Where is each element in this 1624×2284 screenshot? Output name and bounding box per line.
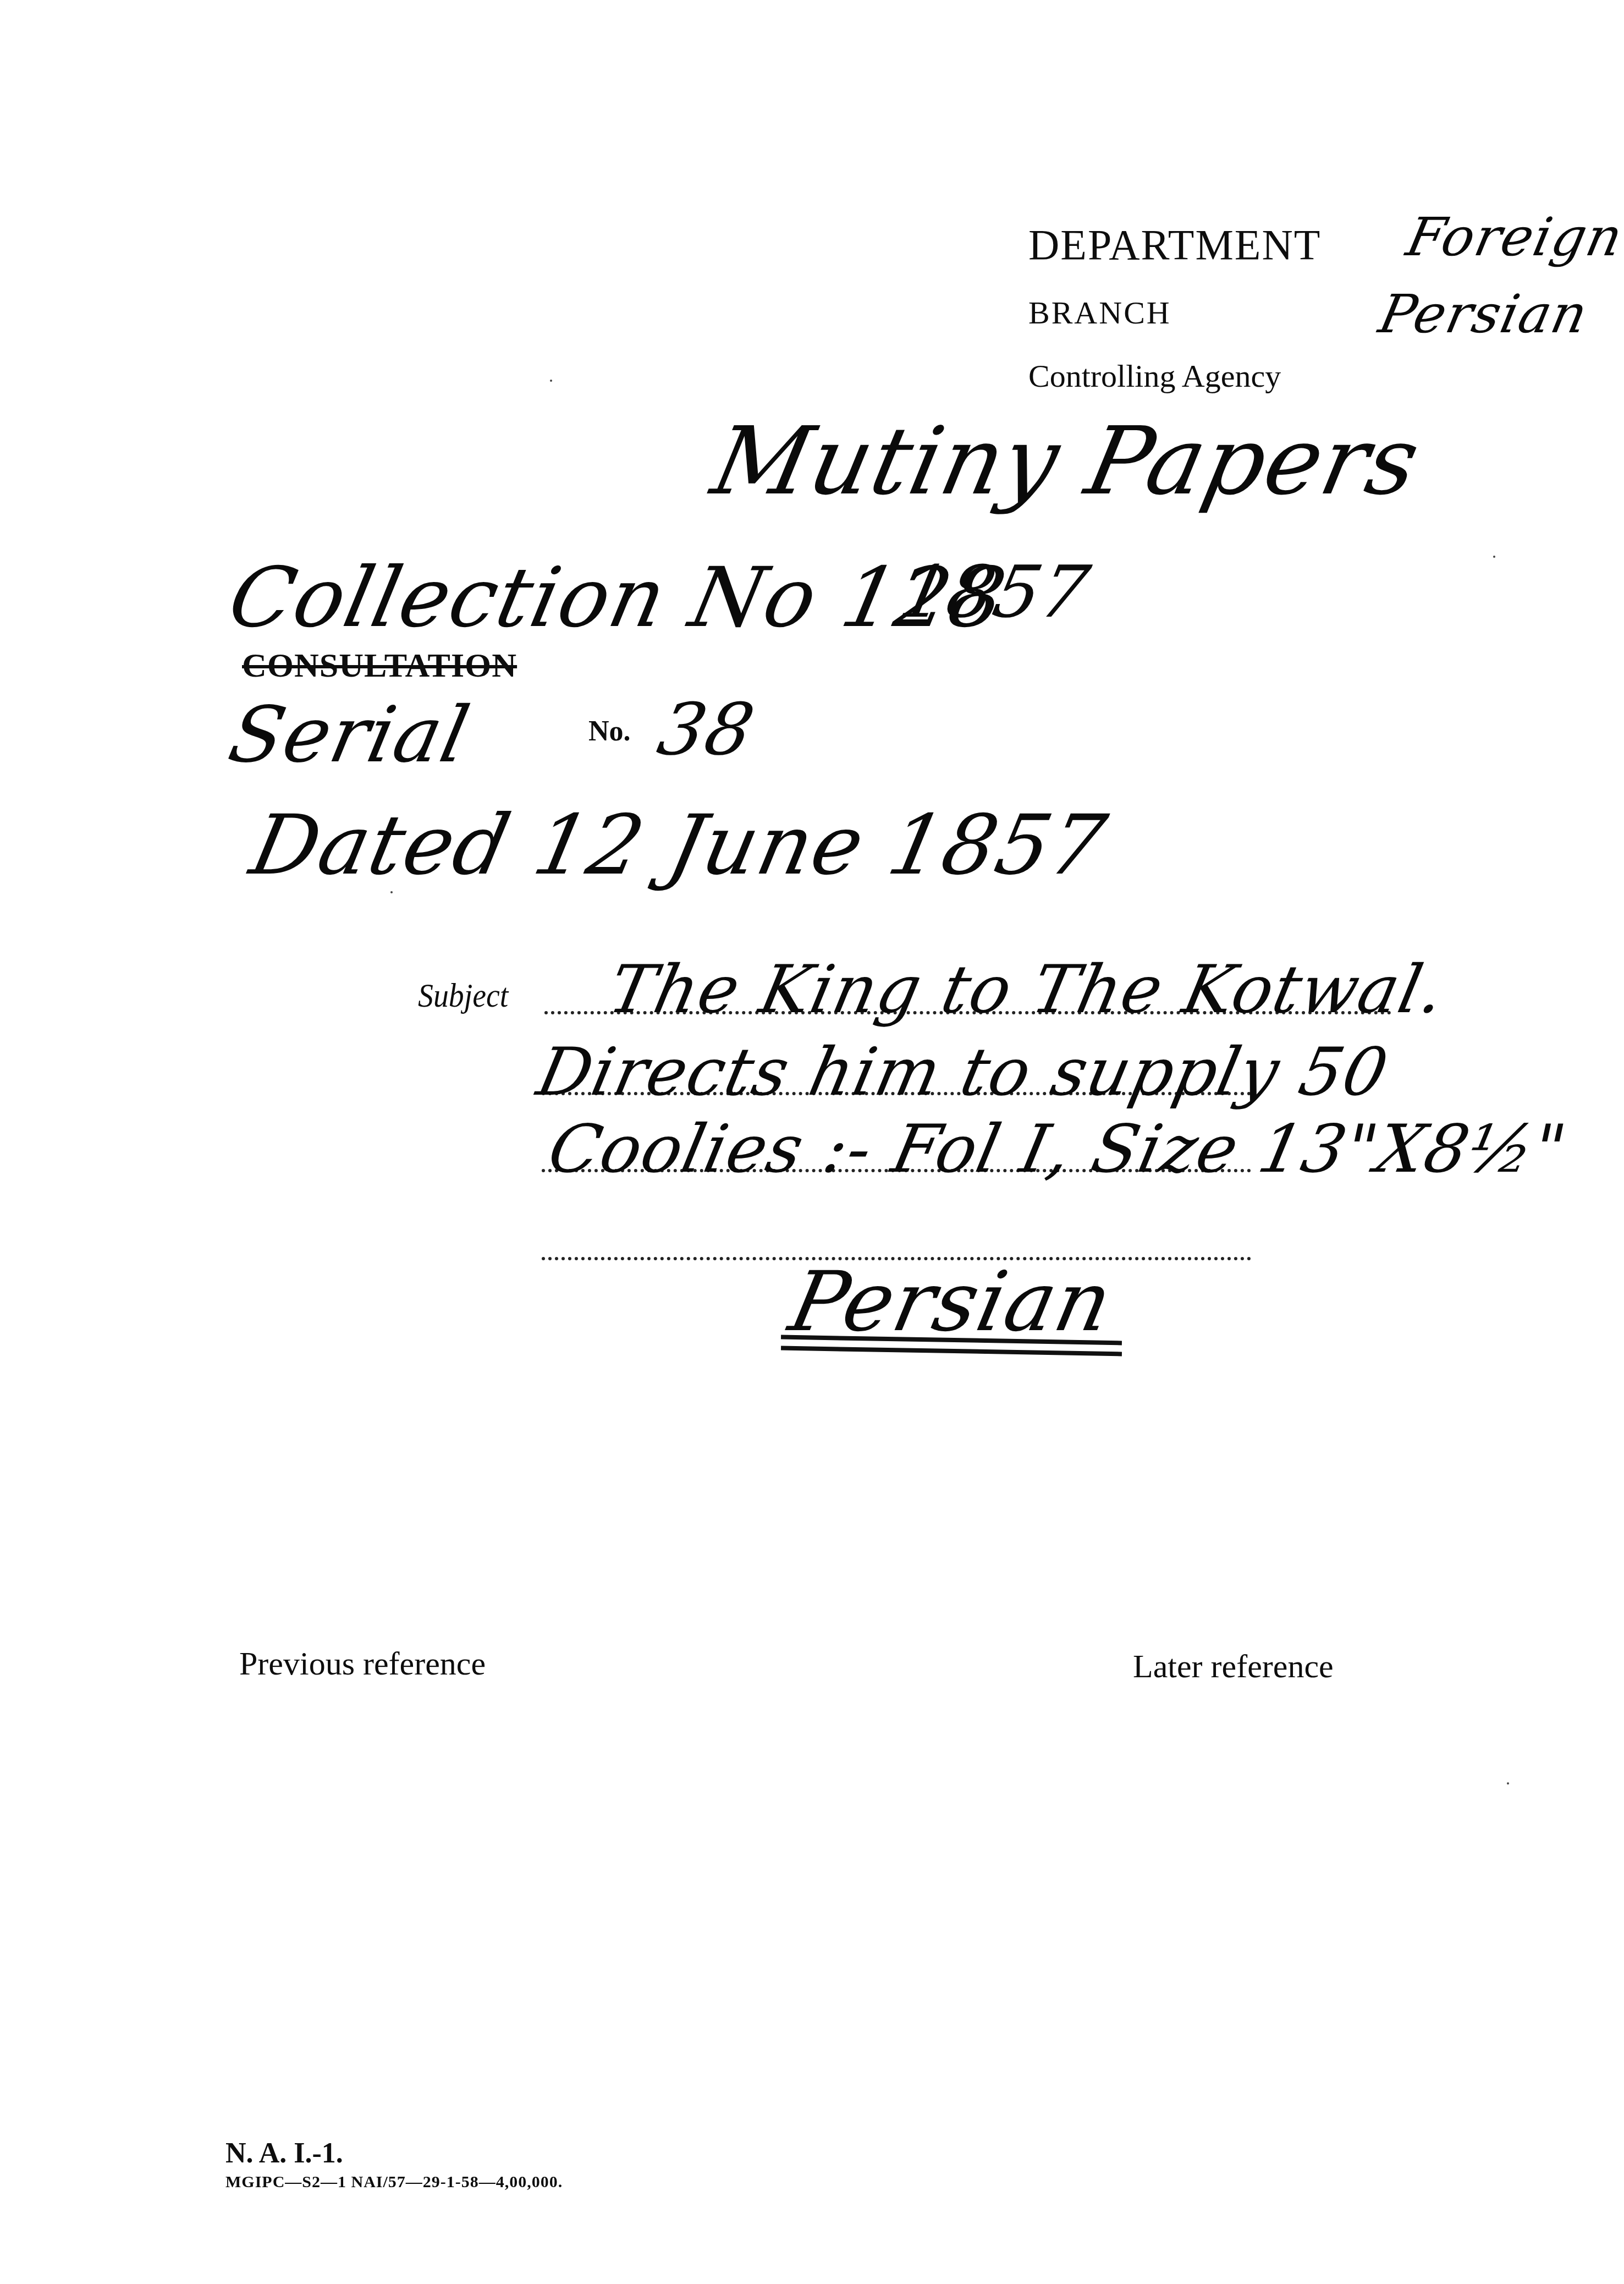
serial-number: 38	[651, 688, 762, 771]
branch-label: BRANCH	[1028, 294, 1171, 331]
later-reference-label: Later reference	[1133, 1648, 1334, 1685]
subject-line-2: Directs him to supply 50	[531, 1034, 1395, 1111]
print-run-line: MGIPC—S2—1 NAI/57—29-1-58—4,00,000.	[225, 2173, 563, 2192]
serial-label-handwritten: Serial	[222, 690, 477, 780]
consultation-label-struck: CONSULTATION	[242, 646, 517, 685]
collection-year: 1857	[893, 550, 1097, 634]
branch-value: Persian	[1374, 283, 1594, 345]
form-code: N. A. I.-1.	[225, 2137, 343, 2170]
scan-speck	[390, 891, 393, 893]
dated-field: Dated 12 June 1857	[243, 798, 1115, 893]
subject-label: Subject	[418, 976, 508, 1015]
controlling-agency-label: Controlling Agency	[1028, 358, 1281, 394]
department-value: Foreign	[1401, 206, 1624, 268]
serial-no-label: No.	[588, 715, 631, 748]
scan-speck	[1507, 1782, 1509, 1785]
record-title: Mutiny Papers	[703, 407, 1429, 516]
scan-speck	[1493, 556, 1495, 558]
scan-speck	[550, 380, 552, 382]
department-label: DEPARTMENT	[1028, 220, 1321, 270]
previous-reference-label: Previous reference	[239, 1645, 486, 1683]
subject-line-1: The King to The Kotwal.	[602, 952, 1452, 1028]
subject-line-3: Coolies :- Fol I, Size 13"X8½"	[542, 1111, 1573, 1188]
